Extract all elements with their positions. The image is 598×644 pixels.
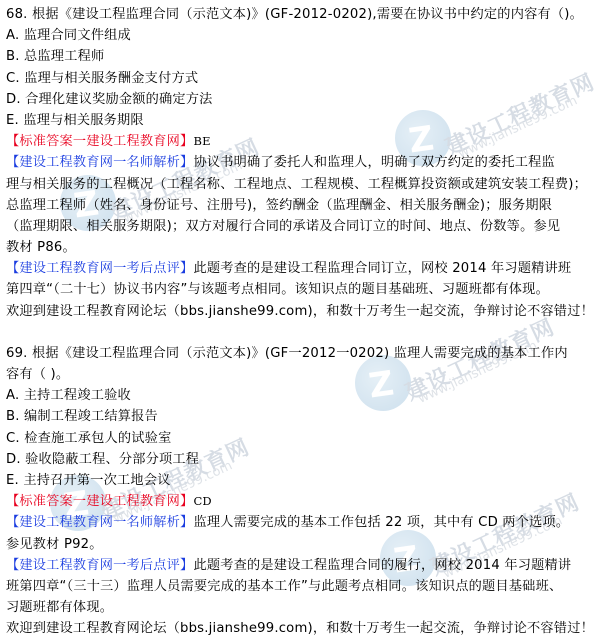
answer-label: 【标准答案一建设工程教育网】 <box>6 494 193 509</box>
exam-document: 68. 根据《建设工程监理合同（示范文本)》(GF-2012-0202),需要在… <box>6 4 598 639</box>
answer-label: 【标准答案一建设工程教育网】 <box>6 134 193 149</box>
option-d: D. 合理化建议奖励金额的确定方法 <box>6 89 598 110</box>
question-stem: 68. 根据《建设工程监理合同（示范文本)》(GF-2012-0202),需要在… <box>6 4 598 25</box>
option-e: E. 主持召开第一次工地会议 <box>6 470 598 491</box>
review: 【建设工程教育网一考后点评】此题考查的是建设工程监理合同订立，网校 2014 年… <box>6 258 598 279</box>
option-a: A. 主持工程竣工验收 <box>6 385 598 406</box>
standard-answer: 【标准答案一建设工程教育网】CD <box>6 491 598 512</box>
answer-value: CD <box>193 494 211 508</box>
spacer <box>6 322 598 343</box>
review-text: 此题考查的是建设工程监理合同的履行，网校 2014 年习题精讲 <box>193 558 571 573</box>
question-stem-cont: 容有（ )。 <box>6 364 598 385</box>
option-d: D. 验收隐蔽工程、分部分项工程 <box>6 449 598 470</box>
review-text: 第四章“（二十七）协议书内容”与该题考点相同。该知识点的题目基础班、习题班都有体… <box>6 279 598 300</box>
option-c: C. 监理与相关服务酬金支付方式 <box>6 68 598 89</box>
forum-invite: 欢迎到建设工程教育网论坛（bbs.jianshe99.com)，和数十万考生一起… <box>6 618 598 639</box>
option-c: C. 检查施工承包人的试验室 <box>6 428 598 449</box>
analysis-text: 总监理工程师（姓名、身份证号、注册号)，签约酬金（监理酬金、相关服务酬金)；服务… <box>6 195 598 216</box>
answer-value: BE <box>193 134 210 148</box>
option-b: B. 总监理工程师 <box>6 46 598 67</box>
option-b: B. 编制工程竣工结算报告 <box>6 406 598 427</box>
analysis-label: 【建设工程教育网一名师解析】 <box>6 515 193 530</box>
review-text: 习题班都有体现。 <box>6 597 598 618</box>
analysis-text: （监理期限、相关服务期限)；双方对履行合同的承诺及合同订立的时间、地点、份数等。… <box>6 216 598 237</box>
question-stem: 69. 根据《建设工程监理合同（示范文本)》(GF一2012一0202) 监理人… <box>6 343 598 364</box>
analysis-text: 监理人需要完成的基本工作包括 22 项，其中有 CD 两个选项。 <box>193 515 569 530</box>
review-label: 【建设工程教育网一考后点评】 <box>6 261 193 276</box>
review-text: 此题考查的是建设工程监理合同订立，网校 2014 年习题精讲班 <box>193 261 571 276</box>
option-a: A. 监理合同文件组成 <box>6 25 598 46</box>
question-69: 69. 根据《建设工程监理合同（示范文本)》(GF一2012一0202) 监理人… <box>6 343 598 640</box>
analysis-label: 【建设工程教育网一名师解析】 <box>6 155 193 170</box>
analysis-text: 参见教材 P92。 <box>6 534 598 555</box>
question-68: 68. 根据《建设工程监理合同（示范文本)》(GF-2012-0202),需要在… <box>6 4 598 322</box>
review: 【建设工程教育网一考后点评】此题考查的是建设工程监理合同的履行，网校 2014 … <box>6 555 598 576</box>
forum-invite: 欢迎到建设工程教育网论坛（bbs.jianshe99.com)，和数十万考生一起… <box>6 301 598 322</box>
analysis-text: 理与相关服务的工程概况（工程名称、工程地点、工程规模、工程概算投资额或建筑安装工… <box>6 174 598 195</box>
standard-answer: 【标准答案一建设工程教育网】BE <box>6 131 598 152</box>
analysis: 【建设工程教育网一名师解析】协议书明确了委托人和监理人，明确了双方约定的委托工程… <box>6 152 598 173</box>
analysis: 【建设工程教育网一名师解析】监理人需要完成的基本工作包括 22 项，其中有 CD… <box>6 512 598 533</box>
review-text: 班第四章“（三十三）监理人员需要完成的基本工作”与此题考点相同。该知识点的题目基… <box>6 576 598 597</box>
analysis-text: 教材 P86。 <box>6 237 598 258</box>
review-label: 【建设工程教育网一考后点评】 <box>6 558 193 573</box>
option-e: E. 监理与相关服务期限 <box>6 110 598 131</box>
analysis-text: 协议书明确了委托人和监理人，明确了双方约定的委托工程监 <box>193 155 554 170</box>
